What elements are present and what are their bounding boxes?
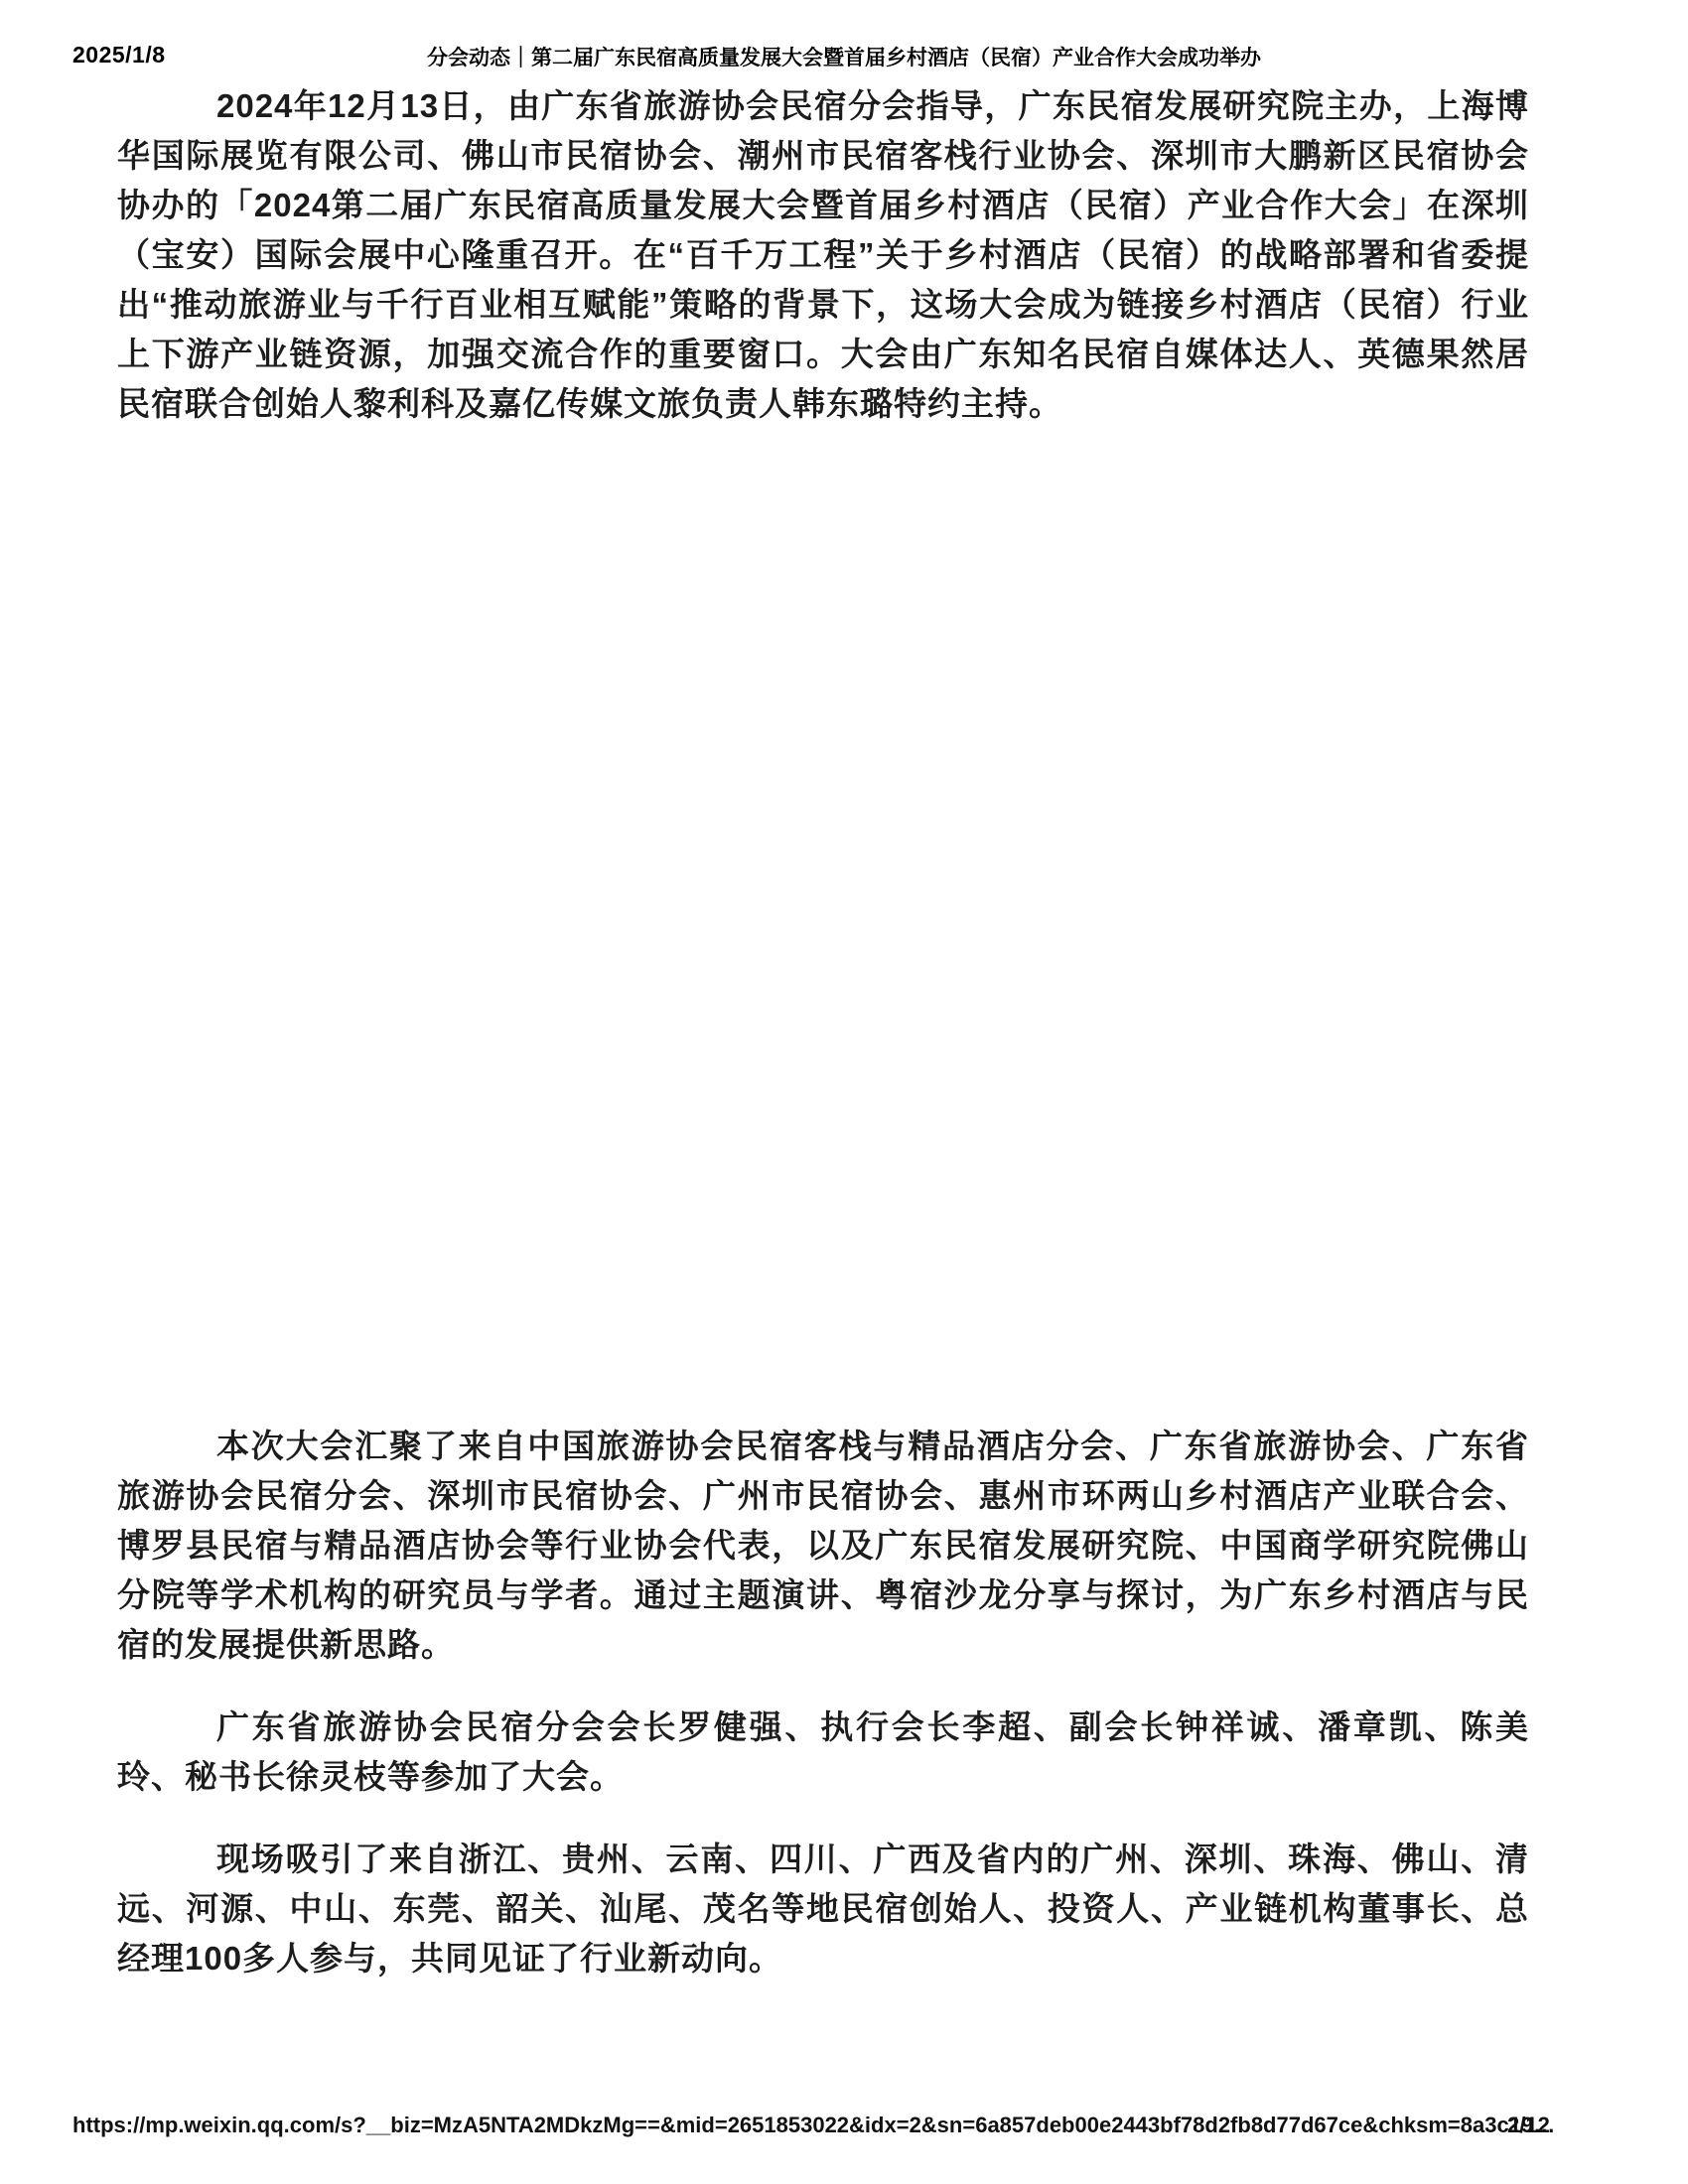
source-url: https://mp.weixin.qq.com/s?__biz=MzA5NTA… (72, 2113, 1555, 2138)
print-header-date: 2025/1/8 (72, 42, 166, 68)
article-paragraph-1: 2024年12月13日，由广东省旅游协会民宿分会指导，广东民宿发展研究院主办，上… (117, 81, 1529, 429)
print-header: 2025/1/8 分会动态｜第二届广东民宿高质量发展大会暨首届乡村酒店（民宿）产… (0, 42, 1688, 71)
print-page: 2025/1/8 分会动态｜第二届广东民宿高质量发展大会暨首届乡村酒店（民宿）产… (0, 0, 1688, 2184)
page-title: 分会动态｜第二届广东民宿高质量发展大会暨首届乡村酒店（民宿）产业合作大会成功举办 (218, 42, 1470, 71)
article-body: 2024年12月13日，由广东省旅游协会民宿分会指导，广东民宿发展研究院主办，上… (117, 81, 1529, 2016)
article-paragraph-2: 本次大会汇聚了来自中国旅游协会民宿客栈与精品酒店分会、广东省旅游协会、广东省旅游… (117, 1422, 1529, 1670)
image-placeholder (117, 462, 1529, 1422)
article-paragraph-4: 现场吸引了来自浙江、贵州、云南、四川、广西及省内的广州、深圳、珠海、佛山、清远、… (117, 1835, 1529, 1983)
print-footer: https://mp.weixin.qq.com/s?__biz=MzA5NTA… (0, 2113, 1688, 2146)
page-number-indicator: 2/12 (1507, 2113, 1550, 2138)
article-paragraph-3: 广东省旅游协会民宿分会会长罗健强、执行会长李超、副会长钟祥诚、潘章凯、陈美玲、秘… (117, 1703, 1529, 1802)
